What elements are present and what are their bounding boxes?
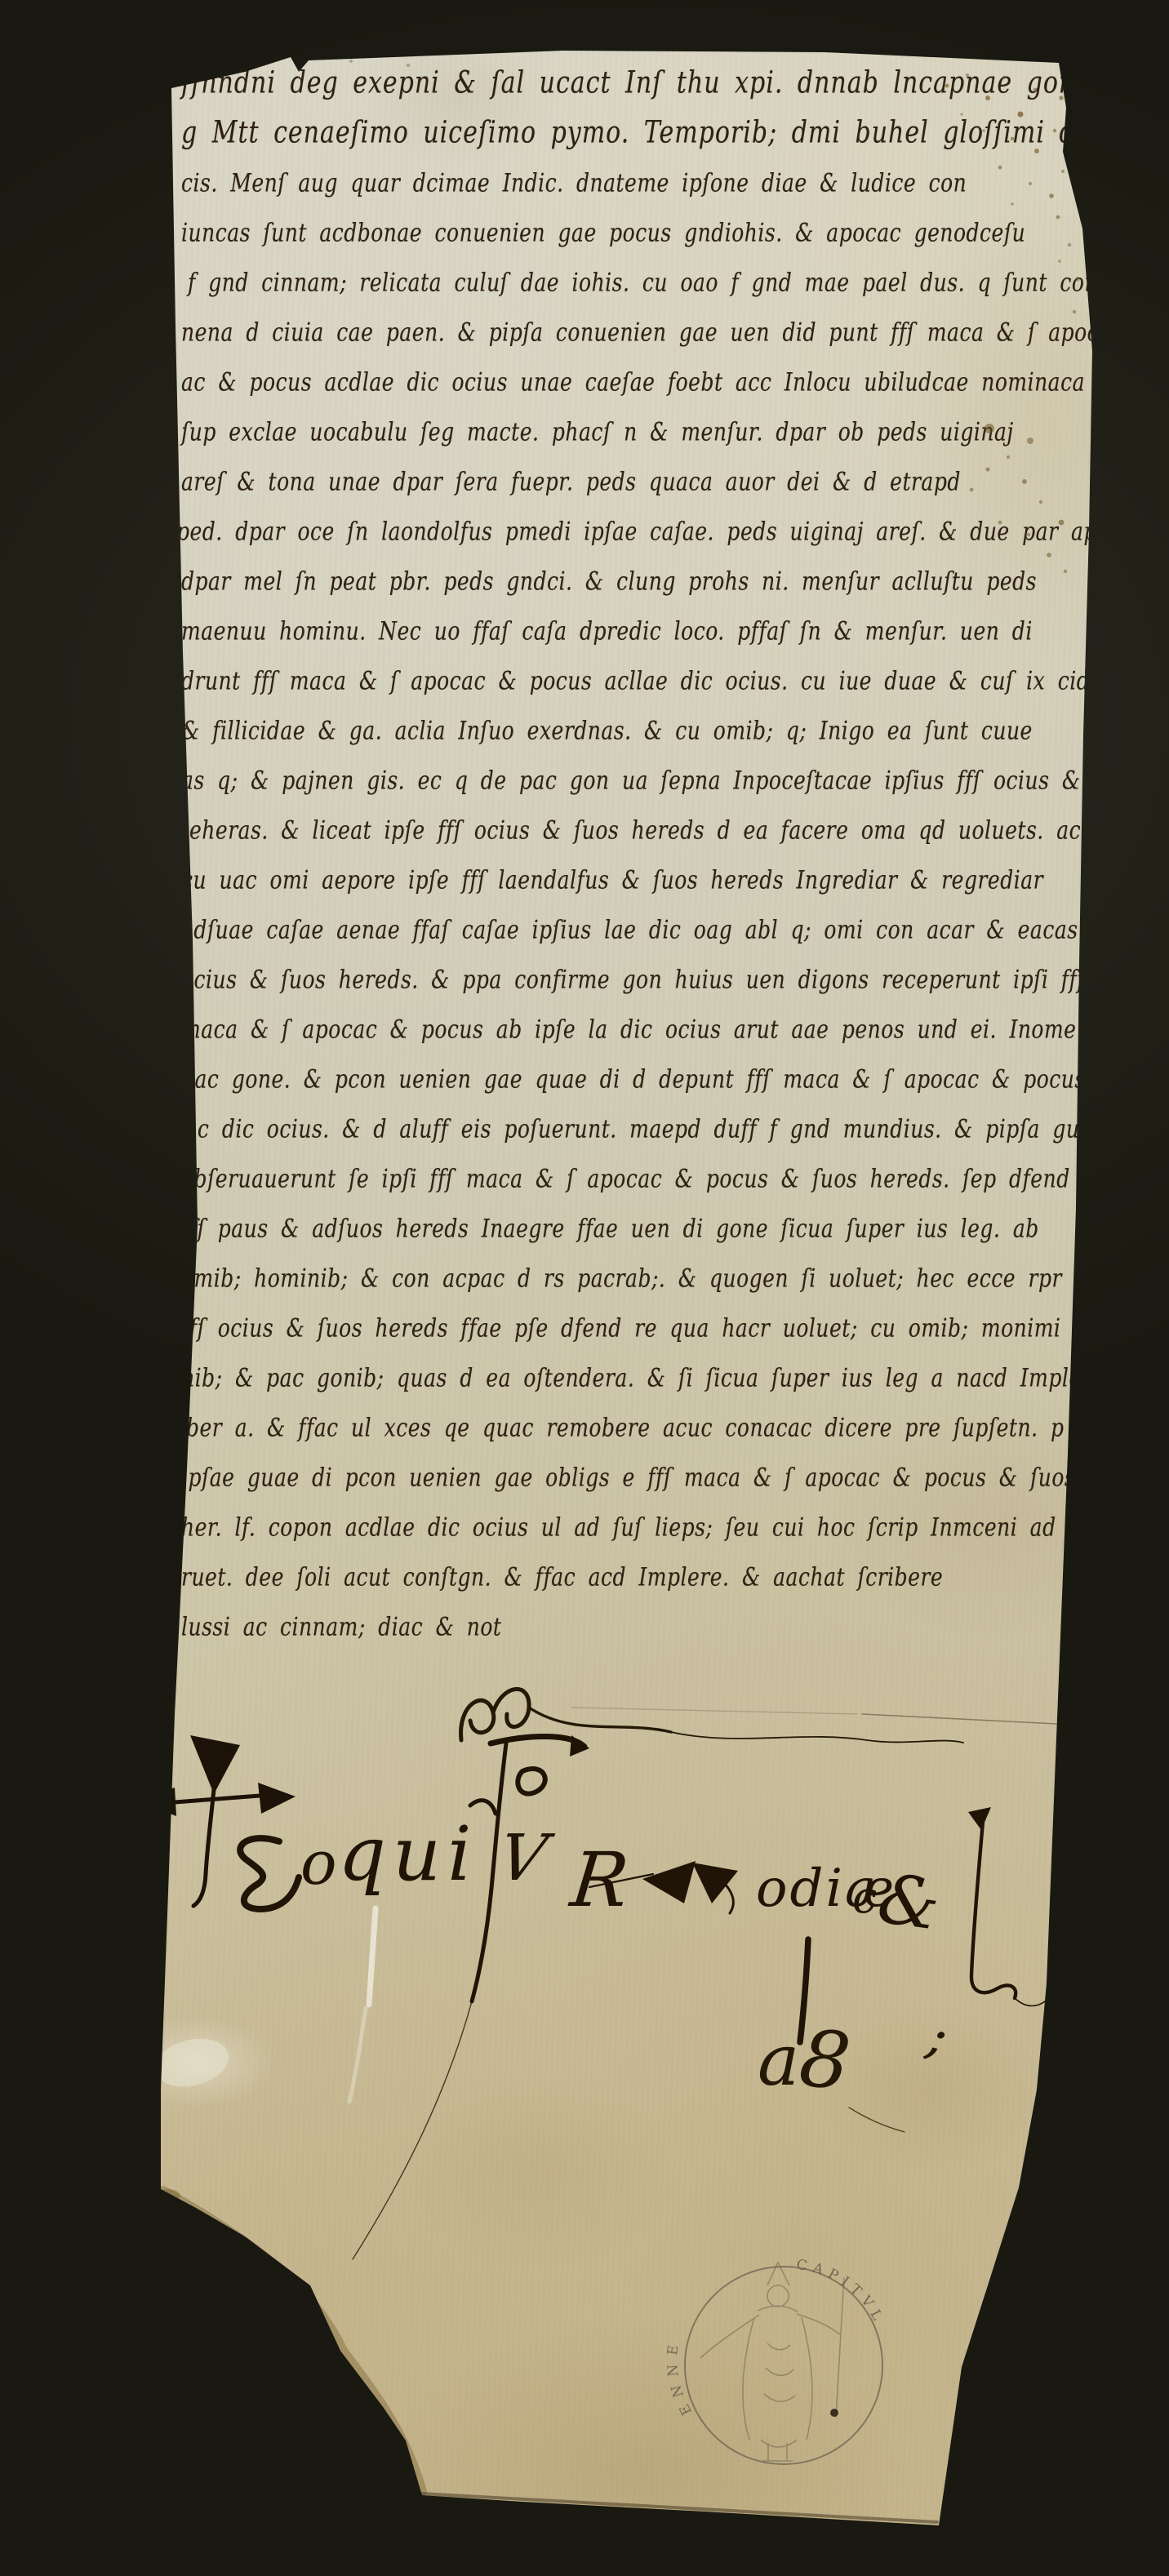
signature-letter-r: R xyxy=(567,1843,632,1918)
subscription-mark: a xyxy=(758,2026,799,2096)
signature-letter-c: c xyxy=(852,1876,877,1920)
signature-letter: o xyxy=(300,1833,337,1894)
manuscript-text-block: ſſnndni deg exepni & ſal ucact Inſ thu x… xyxy=(181,62,1075,1655)
signature-et-glyph: & xyxy=(874,1863,945,1940)
fold-crease-lines xyxy=(349,1708,1056,2102)
svg-text:ENNE: ENNE xyxy=(665,2336,696,2418)
photo-background: ſſnndni deg exepni & ſal ucact Inſ thu x… xyxy=(0,0,1169,2576)
parchment-sheet: ſſnndni deg exepni & ſal ucact Inſ thu x… xyxy=(0,0,1169,2576)
notary-flourish xyxy=(461,1689,963,1743)
notarial-cross-icon xyxy=(139,1735,296,1906)
text-line: lussi ac cinnam; diac & not xyxy=(181,1606,1075,1655)
text-line-content: lussi ac cinnam; diac & not xyxy=(181,1596,501,1658)
signature-letter-v: V xyxy=(494,1827,551,1890)
subscription-mark: 8 xyxy=(796,2019,854,2102)
chapter-seal-stamp: CAPITVL ENNE xyxy=(665,2257,888,2464)
subscription-punctuation: ; xyxy=(922,2008,953,2064)
svg-text:CAPITVL: CAPITVL xyxy=(795,2257,887,2328)
signature-word-qui: qui xyxy=(338,1817,478,1892)
parchment-hole xyxy=(830,2409,838,2417)
